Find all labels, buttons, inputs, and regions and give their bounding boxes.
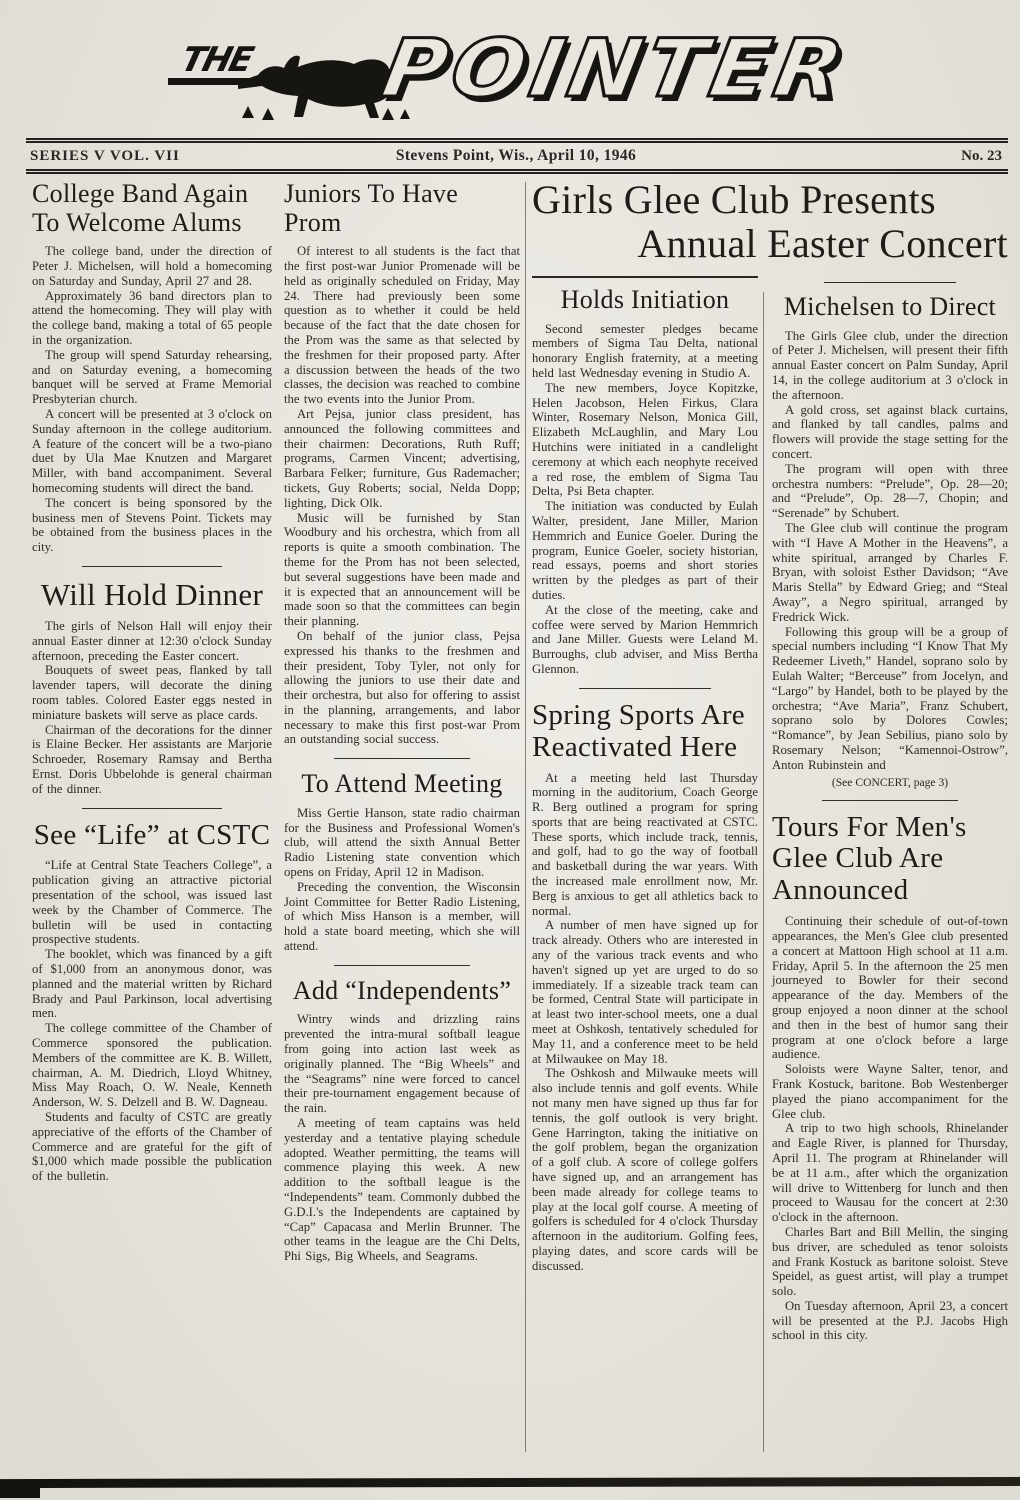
article-paragraph: On Tuesday afternoon, April 23, a concer… bbox=[772, 1299, 1008, 1343]
article-paragraph: The new members, Joyce Kopitzke, Helen J… bbox=[532, 381, 758, 499]
headline-rule bbox=[532, 276, 758, 278]
article-divider bbox=[822, 800, 959, 801]
article-headline: Add “Independents” bbox=[284, 977, 520, 1006]
place-date-label: Stevens Point, Wis., April 10, 1946 bbox=[250, 147, 782, 165]
headline-rule bbox=[824, 282, 956, 283]
lead-headline-line2: Annual Easter Concert bbox=[532, 222, 1008, 266]
article-headline: To Attend Meeting bbox=[284, 770, 520, 799]
issue-number-label: No. 23 bbox=[782, 148, 1002, 165]
article-paragraph: Chairman of the decorations for the dinn… bbox=[32, 723, 272, 797]
column-4-articles: Michelsen to DirectThe Girls Glee club, … bbox=[772, 293, 1008, 1343]
article-paragraph: Art Pejsa, junior class president, has a… bbox=[284, 407, 520, 511]
article-paragraph: The college committee of the Chamber of … bbox=[32, 1021, 272, 1110]
article-headline: See “Life” at CSTC bbox=[32, 820, 272, 852]
article-divider bbox=[82, 808, 221, 809]
article-paragraph: At a meeting held last Thursday morning … bbox=[532, 771, 758, 919]
column-1: College Band Again To Welcome AlumsThe c… bbox=[32, 180, 272, 1184]
column-3-articles: Holds InitiationSecond semester pledges … bbox=[532, 286, 758, 1274]
article-headline: Juniors To Have Prom bbox=[284, 180, 520, 237]
masthead: THE POINTER bbox=[0, 0, 1020, 138]
article-paragraph: Preceding the convention, the Wisconsin … bbox=[284, 880, 520, 954]
article-paragraph: The program will open with three orchest… bbox=[772, 462, 1008, 521]
series-volume-label: SERIES V VOL. VII bbox=[30, 148, 250, 165]
column-2: Juniors To Have PromOf interest to all s… bbox=[284, 180, 520, 1264]
column-4: Michelsen to DirectThe Girls Glee club, … bbox=[772, 276, 1008, 1343]
article-paragraph: Music will be furnished by Stan Woodbury… bbox=[284, 511, 520, 629]
lead-headline-line1: Girls Glee Club Presents bbox=[532, 178, 1008, 222]
article-paragraph: Miss Gertie Hanson, state radio chairman… bbox=[284, 806, 520, 880]
article-paragraph: The concert is being sponsored by the bu… bbox=[32, 496, 272, 555]
article-divider bbox=[82, 566, 221, 567]
article-paragraph: A meeting of team captains was held yest… bbox=[284, 1116, 520, 1264]
article-headline: Spring Sports Are Reactivated Here bbox=[532, 700, 758, 764]
dateline-row: SERIES V VOL. VII Stevens Point, Wis., A… bbox=[0, 143, 1020, 169]
scan-edge-artifact bbox=[0, 1477, 1020, 1488]
article-paragraph: Students and faculty of CSTC are greatly… bbox=[32, 1110, 272, 1184]
article-paragraph: The initiation was conducted by Eulah Wa… bbox=[532, 499, 758, 603]
article-paragraph: At the close of the meeting, cake and co… bbox=[532, 603, 758, 677]
article-paragraph: Following this group will be a group of … bbox=[772, 625, 1008, 773]
article-paragraph: Second semester pledges became members o… bbox=[532, 322, 758, 381]
article-divider bbox=[334, 965, 471, 966]
article-paragraph: Continuing their schedule of out-of-town… bbox=[772, 914, 1008, 1062]
article-paragraph: The Oshkosh and Milwauke meets will also… bbox=[532, 1066, 758, 1273]
article-paragraph: The college band, under the direction of… bbox=[32, 244, 272, 288]
article-headline: Holds Initiation bbox=[532, 286, 758, 315]
lead-headline: Girls Glee Club Presents Annual Easter C… bbox=[532, 178, 1008, 266]
article-headline: College Band Again To Welcome Alums bbox=[32, 180, 272, 237]
article-paragraph: On behalf of the junior class, Pejsa exp… bbox=[284, 629, 520, 747]
article-paragraph: Soloists were Wayne Salter, tenor, and F… bbox=[772, 1062, 1008, 1121]
article-headline: Michelsen to Direct bbox=[772, 293, 1008, 322]
bottom-double-rule bbox=[26, 169, 1008, 174]
column-3: Holds InitiationSecond semester pledges … bbox=[532, 276, 758, 1343]
article-paragraph: The Glee club will continue the program … bbox=[772, 521, 1008, 625]
article-paragraph: The booklet, which was financed by a gif… bbox=[32, 947, 272, 1021]
column-rule bbox=[525, 182, 526, 1452]
article-paragraph: Wintry winds and drizzling rains prevent… bbox=[284, 1012, 520, 1116]
article-paragraph: A concert will be presented at 3 o'clock… bbox=[32, 407, 272, 496]
article-paragraph: The Girls Glee club, under the direction… bbox=[772, 329, 1008, 403]
article-paragraph: Of interest to all students is the fact … bbox=[284, 244, 520, 407]
article-paragraph: A gold cross, set against black curtains… bbox=[772, 403, 1008, 462]
article-paragraph: A trip to two high schools, Rhinelander … bbox=[772, 1121, 1008, 1225]
article-paragraph: The girls of Nelson Hall will enjoy thei… bbox=[32, 619, 272, 663]
continuation-note: (See CONCERT, page 3) bbox=[772, 776, 1008, 789]
newspaper-page: THE POINTER SERIES V VOL. VII Stevens Po… bbox=[0, 0, 1020, 1500]
article-paragraph: Bouquets of sweet peas, flanked by tall … bbox=[32, 663, 272, 722]
article-divider bbox=[579, 688, 710, 689]
article-headline: Will Hold Dinner bbox=[32, 578, 272, 612]
article-paragraph: “Life at Central State Teachers College”… bbox=[32, 858, 272, 947]
article-headline: Tours For Men's Glee Club Are Announced bbox=[772, 812, 1008, 908]
article-paragraph: Charles Bart and Bill Mellin, the singin… bbox=[772, 1225, 1008, 1299]
masthead-title: POINTER bbox=[376, 22, 856, 115]
article-paragraph: Approximately 36 band directors plan to … bbox=[32, 289, 272, 348]
article-divider bbox=[334, 758, 471, 759]
lead-story-spread: Girls Glee Club Presents Annual Easter C… bbox=[532, 178, 1008, 1343]
article-paragraph: The group will spend Saturday rehearsing… bbox=[32, 348, 272, 407]
scan-edge-artifact bbox=[0, 1486, 40, 1498]
article-paragraph: A number of men have signed up for track… bbox=[532, 918, 758, 1066]
